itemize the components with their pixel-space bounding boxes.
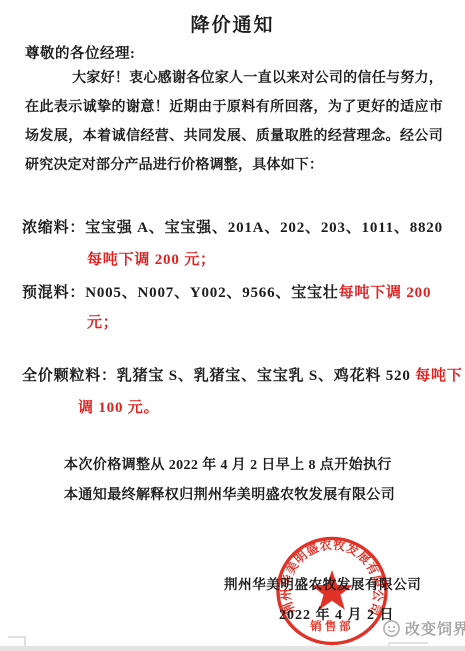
signature-company-name: 荆州华美明盛农牧发展有限公司	[224, 573, 421, 593]
concentrate-products-line: 浓缩料：宝宝强 A、宝宝强、201A、202、203、1011、8820	[22, 216, 443, 237]
intro-paragraph: 大家好！衷心感谢各位家人一直以来对公司的信任与努力，在此表示诚挚的谢意！近期由于…	[25, 64, 443, 180]
premix-price-cut-part2: 元；	[87, 311, 119, 332]
concentrate-price-cut: 每吨下调 200 元；	[87, 248, 216, 269]
salutation-line: 尊敬的各位经理:	[25, 42, 135, 63]
pellet-products-line: 全价颗粒料：乳猪宝 S、乳猪宝、宝宝乳 S、鸡花料 520 每吨下	[22, 364, 463, 385]
premix-products-line: 预混料：N005、N007、Y002、9566、宝宝壮每吨下调 200	[22, 281, 431, 302]
pellet-price-cut-part2: 调 100 元。	[78, 396, 159, 417]
watermark-text: 改变饲界	[405, 618, 465, 639]
intro-line-4: 决定对部分产品进行价格调整，具体如下：	[53, 158, 323, 173]
intro-line-1: 大家好！衷心感谢各位家人一直以来对公司的信任与努力，	[72, 71, 443, 86]
signature-date: 2022 年 4 月 2 日	[279, 604, 395, 624]
premix-price-cut-part1: 每吨下调 200	[339, 285, 432, 301]
document-title: 降价通知	[0, 10, 465, 37]
pellet-price-cut-part1: 每吨下	[415, 368, 462, 384]
watermark-logo-icon	[382, 619, 401, 638]
screenshot-bottom-edge	[0, 646, 465, 651]
watermark: 改变饲界	[382, 618, 465, 639]
effective-date-line: 本次价格调整从 2022 年 4 月 2 日早上 8 点开始执行	[64, 454, 392, 474]
premix-products: 预混料：N005、N007、Y002、9566、宝宝壮	[22, 285, 339, 301]
interpretation-rights-line: 本通知最终解释权归荆州华美明盛农牧发展有限公司	[64, 484, 395, 504]
pellet-products: 全价颗粒料：乳猪宝 S、乳猪宝、宝宝乳 S、鸡花料 520	[22, 368, 415, 384]
price-notice-document: 降价通知 尊敬的各位经理: 大家好！衷心感谢各位家人一直以来对公司的信任与努力，…	[0, 0, 465, 651]
